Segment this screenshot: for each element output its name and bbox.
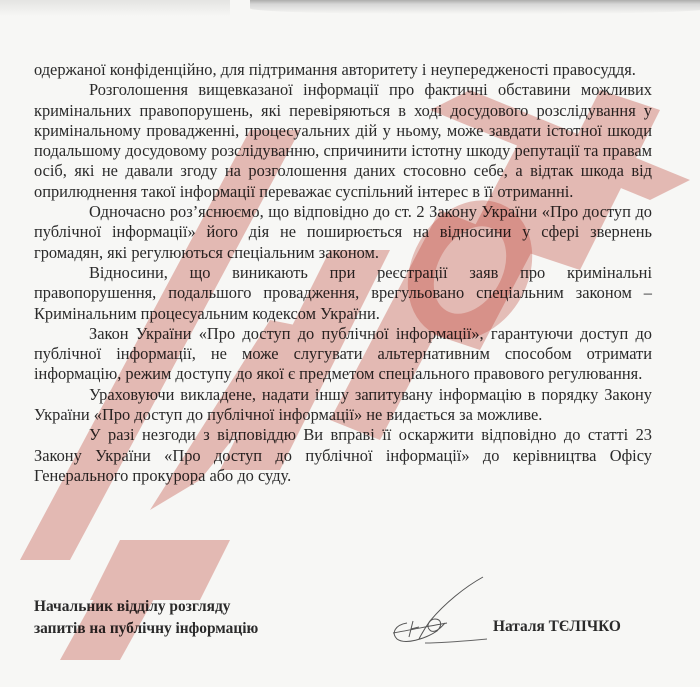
position-line-2: запитів на публічну інформацію (34, 618, 258, 640)
scan-edge-shadow-left (0, 0, 230, 16)
signatory-position: Начальник відділу розгляду запитів на пу… (34, 596, 258, 640)
document-body: одержаної конфіденційно, для підтримання… (34, 60, 652, 486)
paragraph: Ураховуючи викладене, надати іншу запиту… (34, 385, 652, 426)
paragraph: одержаної конфіденційно, для підтримання… (34, 60, 652, 80)
paragraph: Відносини, що виникають при реєстрації з… (34, 263, 652, 324)
paragraph: Одночасно роз’яснюємо, що відповідно до … (34, 202, 652, 263)
paragraph: Закон України «Про доступ до публічної і… (34, 324, 652, 385)
paragraph: Розголошення вищевказаної інформації про… (34, 80, 652, 202)
handwritten-signature-icon (385, 573, 495, 648)
scan-edge-shadow (250, 0, 700, 14)
signatory-name: Наталя ТЄЛІЧКО (493, 618, 621, 636)
paragraph: У разі незгоди з відповіддю Ви вправі її… (34, 425, 652, 486)
position-line-1: Начальник відділу розгляду (34, 596, 258, 618)
